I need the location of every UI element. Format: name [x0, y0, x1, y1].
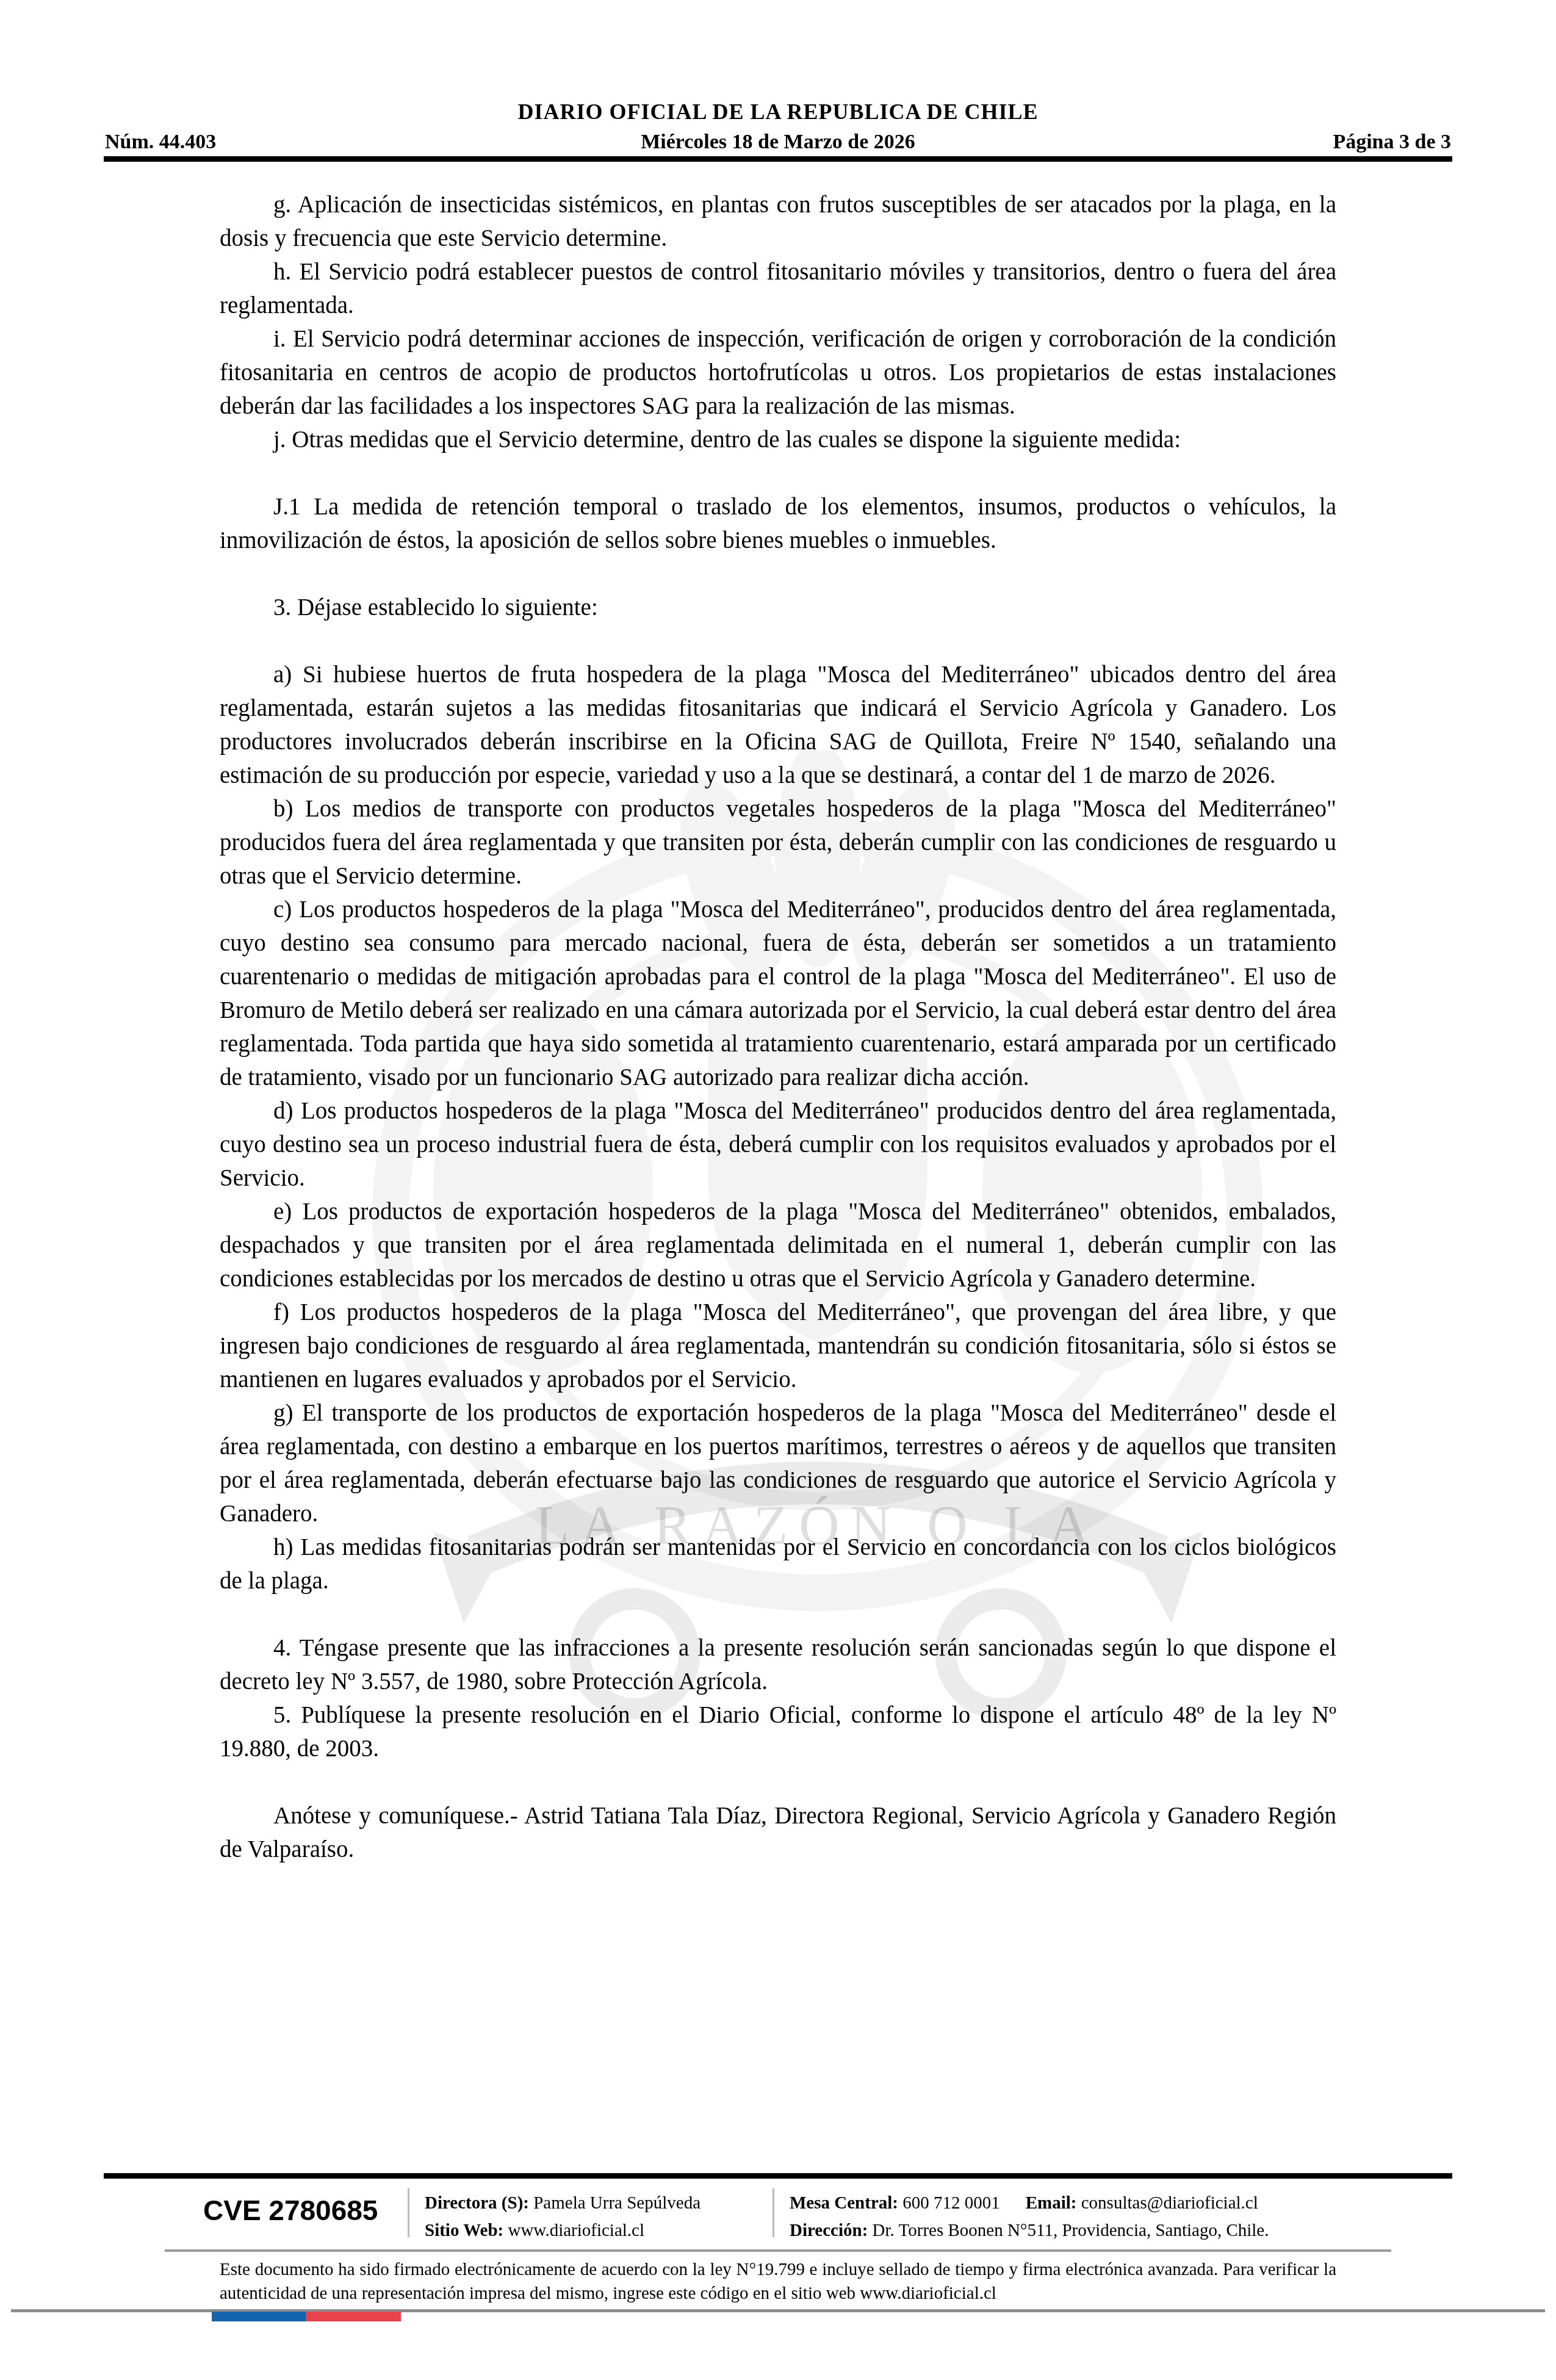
header-rule: [104, 156, 1452, 162]
body-paragraph: f) Los productos hospederos de la plaga …: [220, 1296, 1336, 1396]
footer-divider: [408, 2188, 409, 2237]
body-paragraph: 4. Téngase presente que las infracciones…: [220, 1631, 1336, 1698]
body-paragraph: e) Los productos de exportación hospeder…: [220, 1195, 1336, 1296]
body-paragraph: c) Los productos hospederos de la plaga …: [220, 893, 1336, 1094]
website-label: Sitio Web:: [425, 2221, 503, 2240]
flag-blue-segment: [212, 2312, 306, 2321]
email-label: Email:: [1026, 2193, 1077, 2213]
flag-red-segment: [306, 2312, 401, 2321]
footer-divider: [773, 2188, 774, 2237]
body-paragraph: h. El Servicio podrá establecer puestos …: [220, 255, 1336, 322]
body-paragraph: J.1 La medida de retención temporal o tr…: [220, 490, 1336, 557]
body-paragraph: 5. Publíquese la presente resolución en …: [220, 1698, 1336, 1765]
website-url: www.diarioficial.cl: [508, 2221, 644, 2240]
footer-top-rule: [104, 2173, 1452, 2179]
body-paragraph: 3. Déjase establecido lo siguiente:: [220, 591, 1336, 624]
website-line: Sitio Web: www.diarioficial.cl: [425, 2217, 701, 2245]
legal-note: Este documento ha sido firmado electróni…: [220, 2258, 1336, 2306]
email-address: consultas@diarioficial.cl: [1081, 2193, 1258, 2213]
phone-email-line: Mesa Central: 600 712 0001Email: consult…: [790, 2190, 1269, 2217]
document-body: g. Aplicación de insecticidas sistémicos…: [220, 188, 1336, 1866]
body-paragraph: j. Otras medidas que el Servicio determi…: [220, 423, 1336, 456]
address-value: Dr. Torres Boonen N°511, Providencia, Sa…: [873, 2221, 1269, 2240]
footer-contact-column: Directora (S): Pamela Urra Sepúlveda Sit…: [425, 2190, 701, 2245]
address-label: Dirección:: [790, 2221, 868, 2240]
page-indicator: Página 3 de 3: [1333, 131, 1451, 154]
body-paragraph: Anótese y comuníquese.- Astrid Tatiana T…: [220, 1799, 1336, 1866]
body-paragraph: a) Si hubiese huertos de fruta hospedera…: [220, 658, 1336, 792]
body-paragraph: d) Los productos hospederos de la plaga …: [220, 1094, 1336, 1195]
masthead-title: DIARIO OFICIAL DE LA REPUBLICA DE CHILE: [0, 99, 1556, 124]
chile-flag-bar: [212, 2312, 401, 2321]
edition-date: Miércoles 18 de Marzo de 2026: [0, 131, 1556, 154]
document-page: LA RAZÓN O LA DIARIO OFICIAL DE LA REPUB…: [0, 0, 1556, 2380]
director-name: Pamela Urra Sepúlveda: [533, 2193, 701, 2213]
footer-mid-rule: [165, 2249, 1391, 2252]
address-line: Dirección: Dr. Torres Boonen N°511, Prov…: [790, 2217, 1269, 2245]
director-line: Directora (S): Pamela Urra Sepúlveda: [425, 2190, 701, 2217]
body-paragraph: g) El transporte de los productos de exp…: [220, 1396, 1336, 1531]
footer-address-column: Mesa Central: 600 712 0001Email: consult…: [790, 2190, 1269, 2245]
body-paragraph: g. Aplicación de insecticidas sistémicos…: [220, 188, 1336, 255]
phone-label: Mesa Central:: [790, 2193, 898, 2213]
body-paragraph: i. El Servicio podrá determinar acciones…: [220, 322, 1336, 423]
body-paragraph: h) Las medidas fitosanitarias podrán ser…: [220, 1531, 1336, 1598]
phone-number: 600 712 0001: [902, 2193, 1000, 2213]
director-label: Directora (S):: [425, 2193, 529, 2213]
cve-code: CVE 2780685: [203, 2194, 378, 2227]
body-paragraph: b) Los medios de transporte con producto…: [220, 792, 1336, 893]
